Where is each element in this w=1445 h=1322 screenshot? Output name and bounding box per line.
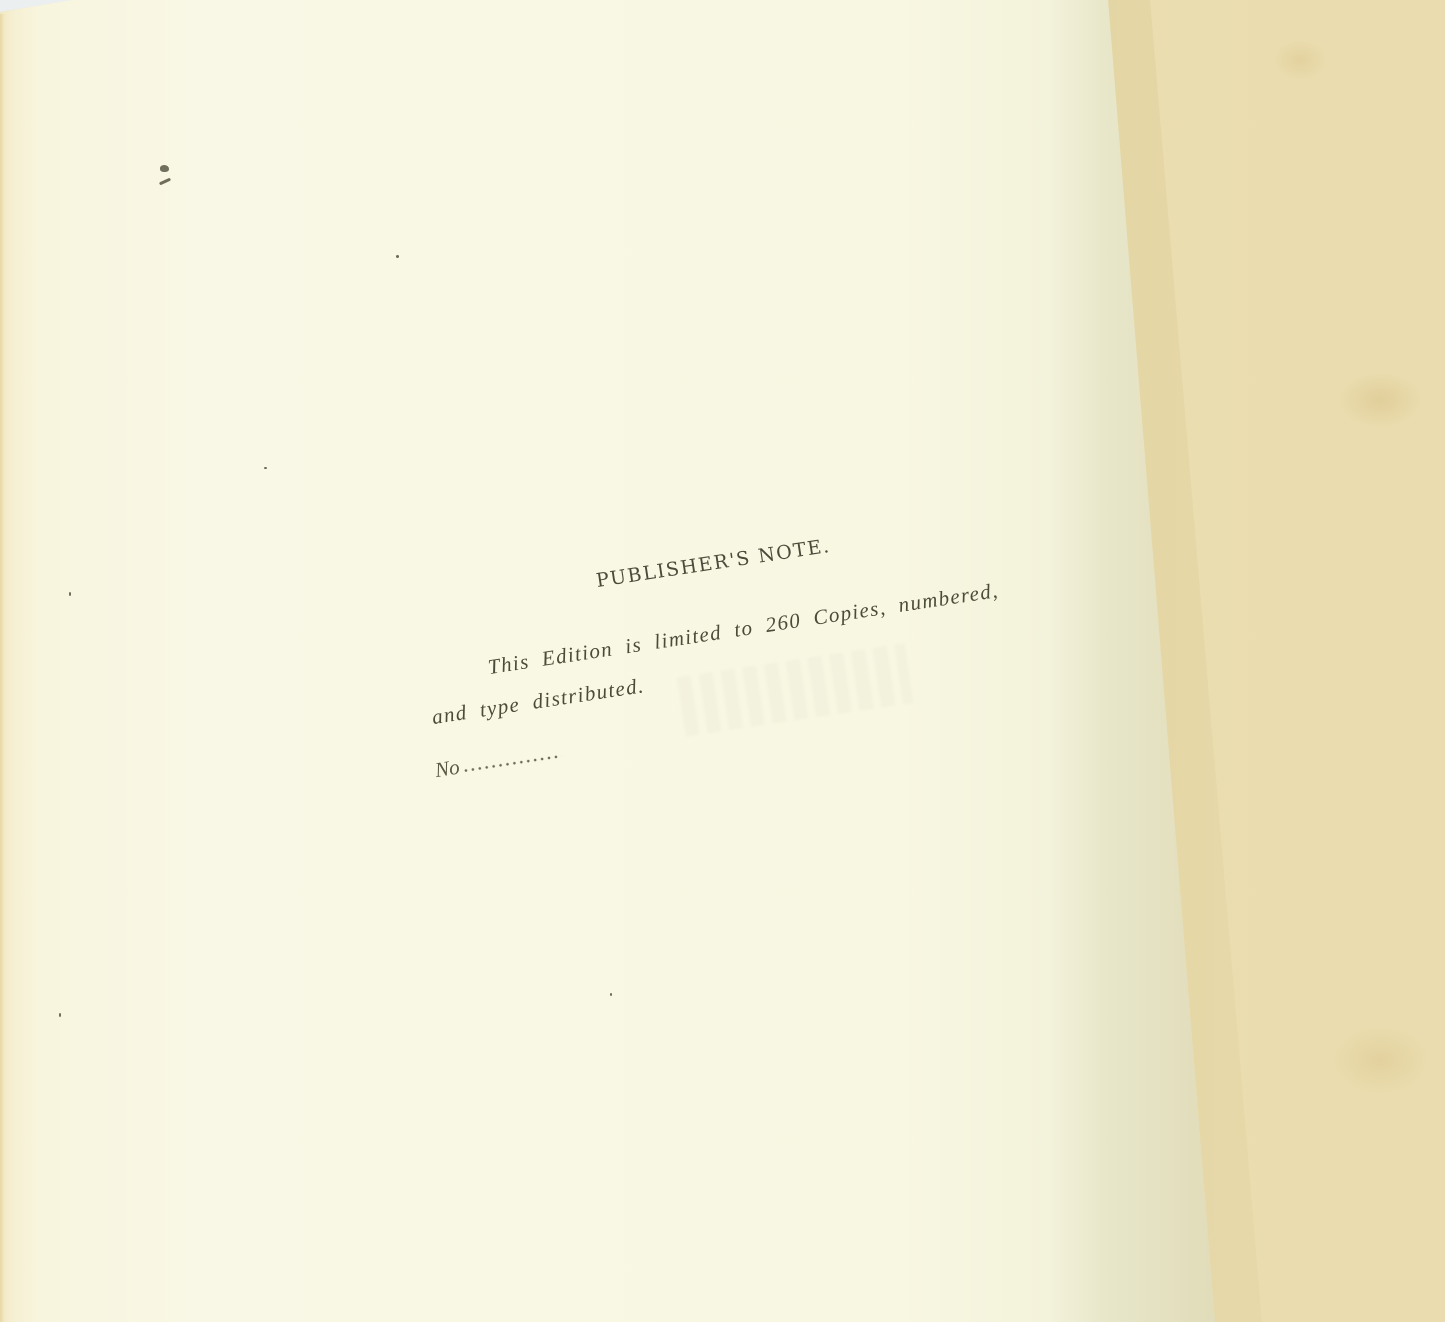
paper-speck bbox=[59, 1013, 61, 1017]
book-spread: PUBLISHER'S NOTE. This Edition is limite… bbox=[0, 0, 1445, 1322]
page-edge bbox=[0, 14, 5, 1322]
pencil-mark-dot bbox=[160, 165, 169, 172]
paper-speck bbox=[264, 467, 267, 469]
paper-speck bbox=[610, 993, 612, 996]
pencil-mark-stroke bbox=[159, 178, 171, 186]
paper-speck bbox=[396, 255, 399, 258]
pencil-mark bbox=[158, 164, 174, 192]
paper-speck bbox=[69, 592, 71, 596]
